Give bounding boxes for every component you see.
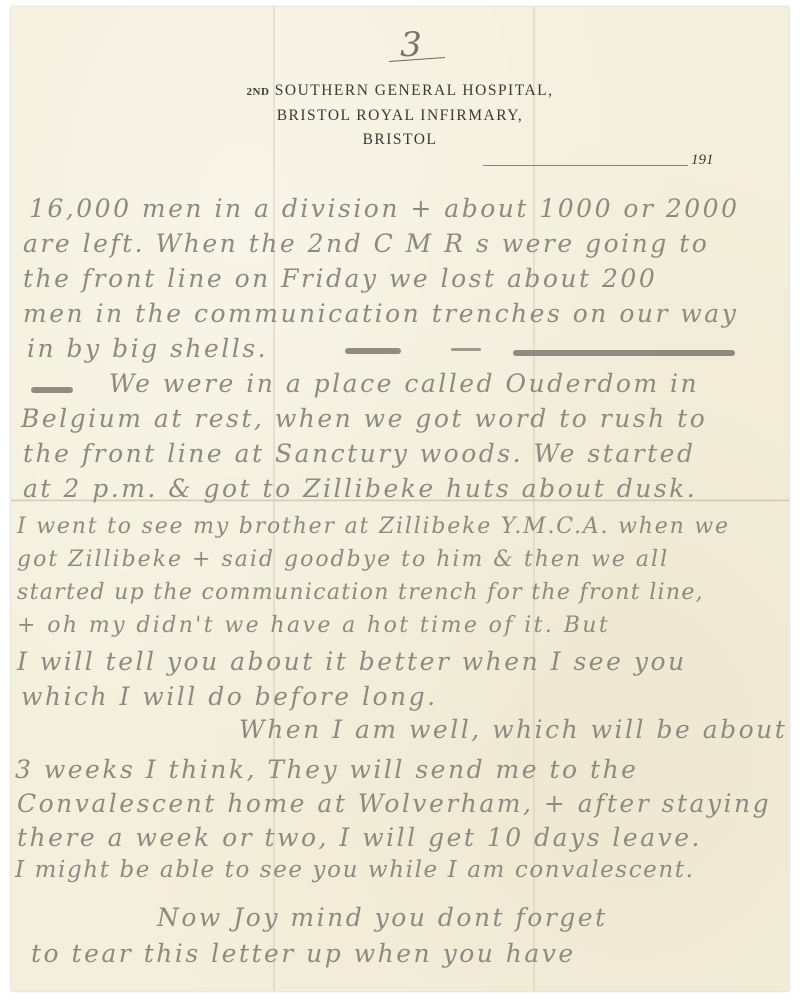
date-blank-line xyxy=(483,165,688,166)
handwritten-line: I went to see my brother at Zillibeke Y.… xyxy=(17,514,730,539)
handwritten-line: 3 weeks I think, They will send me to th… xyxy=(15,755,638,784)
letterhead-line-2: BRISTOL ROYAL INFIRMARY, xyxy=(11,107,789,125)
handwritten-line: started up the communication trench for … xyxy=(17,580,704,605)
handwritten-line: We were in a place called Ouderdom in xyxy=(109,369,699,398)
handwritten-line: in by big shells. xyxy=(27,334,268,363)
crossed-out-word xyxy=(451,348,481,351)
handwritten-line: the front line on Friday we lost about 2… xyxy=(23,264,657,293)
handwritten-line: there a week or two, I will get 10 days … xyxy=(17,823,702,852)
handwritten-line: at 2 p.m. & got to Zillibeke huts about … xyxy=(23,474,697,503)
letterhead-ordinal: 2ND xyxy=(247,86,270,98)
crossed-out-word xyxy=(345,348,401,354)
handwritten-line: men in the communication trenches on our… xyxy=(23,299,738,328)
handwritten-line: Belgium at rest, when we got word to rus… xyxy=(21,404,707,433)
crossed-out-word xyxy=(31,387,73,393)
letterhead-line-1: 2ND SOUTHERN GENERAL HOSPITAL, xyxy=(11,82,789,100)
letterhead-hospital-name: SOUTHERN GENERAL HOSPITAL, xyxy=(275,82,554,99)
letterhead-line-3: BRISTOL xyxy=(11,131,789,149)
handwritten-line: Convalescent home at Wolverham, + after … xyxy=(17,789,771,818)
crossed-out-word xyxy=(513,350,735,356)
handwritten-line: got Zillibeke + said goodbye to him & th… xyxy=(17,547,669,572)
date-year-prefix: 191 xyxy=(691,152,714,169)
handwritten-line: the front line at Sanctury woods. We sta… xyxy=(23,439,695,468)
handwritten-line: When I am well, which will be about xyxy=(239,715,787,744)
handwritten-line: Now Joy mind you dont forget xyxy=(157,903,608,932)
handwritten-line: 16,000 men in a division + about 1000 or… xyxy=(29,194,740,223)
handwritten-line: + oh my didn't we have a hot time of it.… xyxy=(17,613,610,638)
handwritten-line: to tear this letter up when you have xyxy=(31,939,576,968)
handwritten-line: I will tell you about it better when I s… xyxy=(17,647,687,676)
letter-page: 3 2ND SOUTHERN GENERAL HOSPITAL, BRISTOL… xyxy=(11,7,789,991)
handwritten-line: which I will do before long. xyxy=(21,682,438,711)
handwritten-line: are left. When the 2nd C M R s were goin… xyxy=(23,229,709,258)
handwritten-line: I might be able to see you while I am co… xyxy=(15,857,695,883)
